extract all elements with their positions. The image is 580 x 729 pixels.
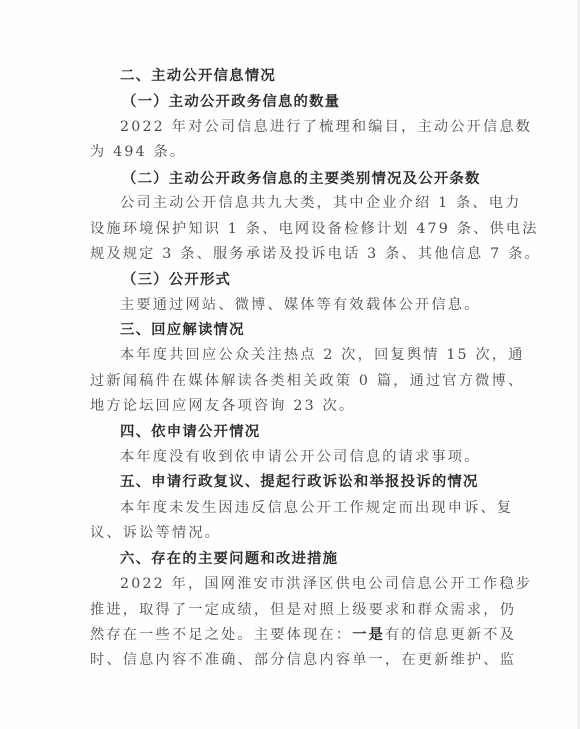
paragraph-line: 然存在一些不足之处。主要体现在：一是有的信息更新不及 [90,623,510,648]
paragraph-line: 过新闻稿件在媒体解读各类相关政策 0 篇，通过官方微博、 [90,369,510,394]
subsection-heading-2-1: （一）主动公开政务信息的数量 [122,89,542,114]
paragraph-line: 推进，取得了一定成绩，但是对照上级要求和群众需求，仍 [90,598,510,623]
paragraph-line: 公司主动公开信息共九大类，其中企业介绍 1 条、电力 [120,191,540,216]
paragraph-line: 时、信息内容不准确、部分信息内容单一，在更新维护、监 [90,648,510,673]
paragraph-line: 2022 年，国网淮安市洪泽区供电公司信息公开工作稳步 [120,572,540,597]
paragraph-line: 规及规定 3 条、服务承诺及投诉电话 3 条、其他信息 7 条。 [90,242,510,267]
subsection-heading-2-2: （二）主动公开政务信息的主要类别情况及公开条数 [122,166,542,191]
emphasis-text: 一是 [352,627,385,643]
section-heading-2: 二、主动公开信息情况 [120,64,540,89]
document-page: 二、主动公开信息情况 （一）主动公开政务信息的数量 2022 年对公司信息进行了… [0,0,580,729]
paragraph-line: 本年度未发生因违反信息公开工作规定而出现申诉、复 [120,496,540,521]
section-heading-5: 五、申请行政复议、提起行政诉讼和举报投诉的情况 [120,470,540,495]
paragraph-line: 为 494 条。 [90,140,510,165]
subsection-heading-2-3: （三）公开形式 [122,267,542,292]
section-heading-3: 三、回应解读情况 [120,318,540,343]
paragraph-line: 主要通过网站、微博、媒体等有效载体公开信息。 [120,293,540,318]
paragraph-line: 2022 年对公司信息进行了梳理和编目，主动公开信息数 [120,115,540,140]
paragraph-line: 本年度共回应公众关注热点 2 次，回复舆情 15 次，通 [120,343,540,368]
paragraph-text: 有的信息更新不及 [385,627,516,643]
paragraph-line: 本年度没有收到依申请公开公司信息的请求事项。 [120,445,540,470]
paragraph-line: 设施环境保护知识 1 条、电网设备检修计划 479 条、供电法 [90,217,510,242]
section-heading-6: 六、存在的主要问题和改进措施 [120,547,540,572]
paragraph-line: 地方论坛回应网友各项咨询 23 次。 [90,394,510,419]
paragraph-text: 然存在一些不足之处。主要体现在： [90,627,352,643]
paragraph-line: 议、诉讼等情况。 [90,521,510,546]
section-heading-4: 四、依申请公开情况 [120,420,540,445]
